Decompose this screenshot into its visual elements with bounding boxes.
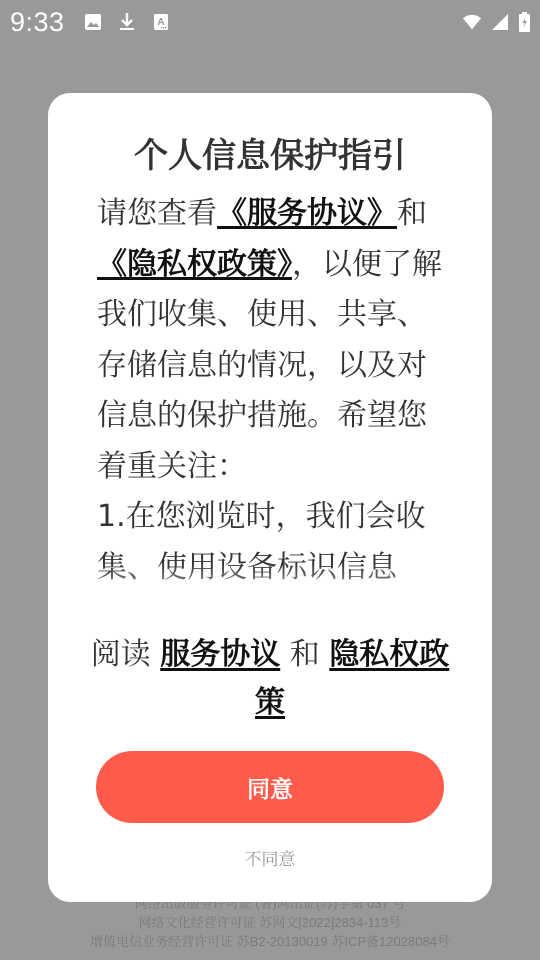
license-line: 增值电信业务经营许可证 苏B2-20130019 苏ICP备12028084号 — [0, 932, 540, 951]
read-agreements-line: 阅读 服务协议 和 隐私权政策 — [48, 631, 492, 727]
read-prefix: 阅读 — [91, 637, 161, 672]
license-line: 网络文化经营许可证 苏网文[2022]2834-113号 — [0, 913, 540, 932]
wifi-icon — [462, 12, 482, 32]
body-item-1: 1.在您浏览时，我们会收集、使用设备标识信息 — [97, 499, 426, 585]
download-icon — [117, 12, 137, 32]
read-and: 和 — [280, 637, 329, 672]
battery-charging-icon — [518, 12, 530, 32]
agree-button[interactable]: 同意 — [96, 751, 444, 823]
cellular-signal-icon — [490, 12, 510, 32]
image-icon — [83, 12, 103, 32]
body-and: 和 — [397, 196, 427, 231]
status-bar: 9:33 A — [0, 0, 540, 44]
dialog-body-text: 请您查看《服务协议》和《隐私权政策》，以便了解我们收集、使用、共享、存储信息的情… — [97, 189, 447, 593]
text-recognition-icon: A — [151, 12, 171, 32]
body-description: ，以便了解我们收集、使用、共享、存储信息的情况，以及对信息的保护措施。希望您着重… — [97, 247, 442, 484]
privacy-policy-link[interactable]: 《隐私权政策》 — [97, 247, 292, 282]
disagree-button[interactable]: 不同意 — [48, 845, 492, 870]
privacy-dialog: 个人信息保护指引 请您查看《服务协议》和《隐私权政策》，以便了解我们收集、使用、… — [48, 93, 492, 902]
license-footer: 网络出版服务许可证 (署)网出证(苏)字第 037 号 网络文化经营许可证 苏网… — [0, 894, 540, 951]
dialog-title: 个人信息保护指引 — [48, 133, 492, 179]
status-time: 9:33 — [10, 7, 65, 38]
dialog-body-scroll[interactable]: 请您查看《服务协议》和《隐私权政策》，以便了解我们收集、使用、共享、存储信息的情… — [97, 189, 447, 615]
read-service-agreement-link[interactable]: 服务协议 — [160, 637, 280, 672]
service-agreement-link[interactable]: 《服务协议》 — [217, 196, 397, 231]
svg-text:A: A — [157, 17, 164, 28]
screen: 9:33 A 网络出版服务许可证 (署)网出证(苏)字第 037 — [0, 0, 540, 960]
body-intro: 请您查看 — [97, 196, 217, 231]
